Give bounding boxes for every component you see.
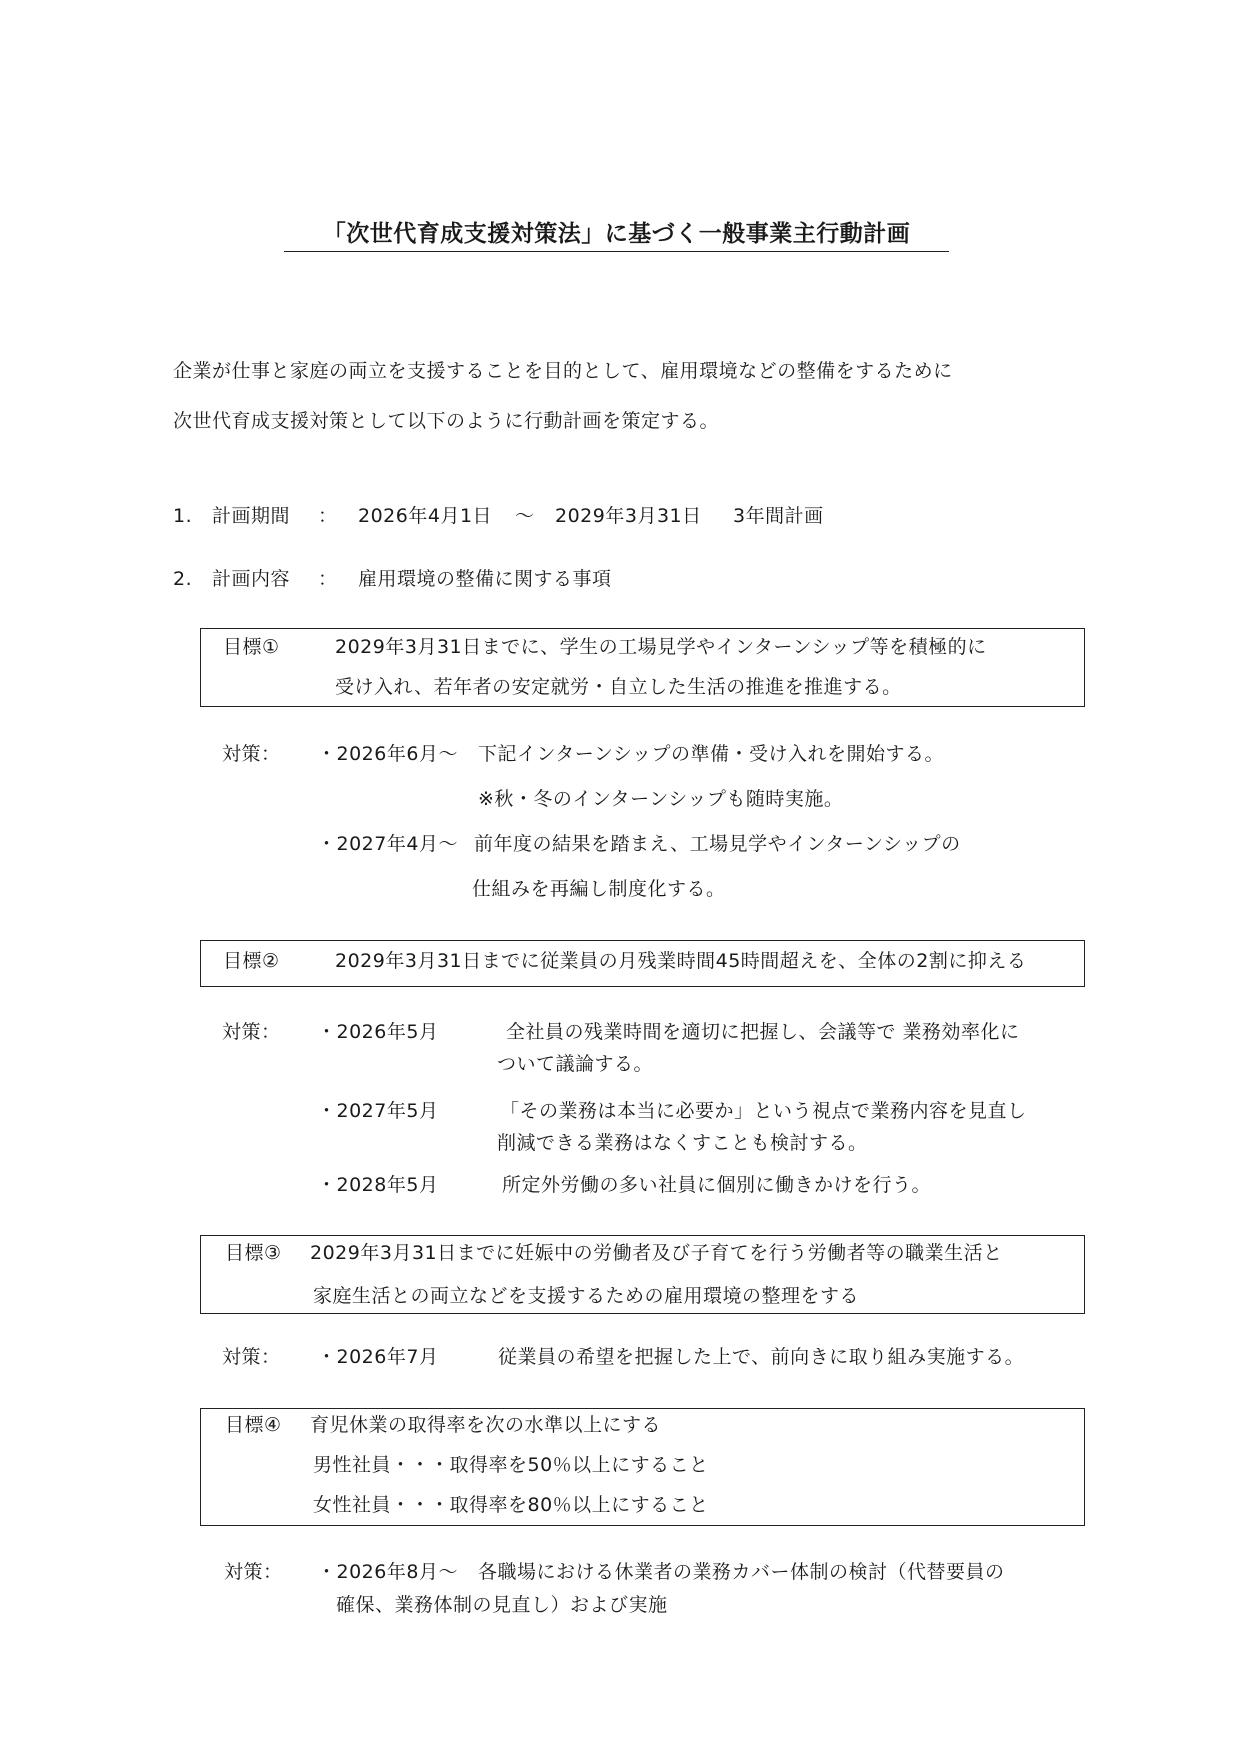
measure-text: 所定外労働の多い社員に個別に働きかけを行う。 [502, 1176, 931, 1195]
goal-2-text-line-1: 2029年3月31日までに従業員の月残業時間45時間超えを、全体の2割に抑える [335, 952, 1026, 971]
item-value: 雇用環境の整備に関する事項 [358, 570, 612, 589]
measure-text: 下記インターンシップの準備・受け入れを開始する。 [478, 745, 944, 764]
goal-1-label: 目標① [223, 638, 280, 657]
intro-line-2: 次世代育成支援対策として以下のように行動計画を策定する。 [173, 412, 719, 431]
goal-1-text-line-1: 2029年3月31日までに、学生の工場見学やインターンシップ等を積極的に [335, 638, 987, 657]
measure-date: ・2026年8月～ [317, 1563, 458, 1582]
goal-4-text-line-1: 育児休業の取得率を次の水準以上にする [310, 1416, 661, 1435]
item-number: 1. [173, 507, 192, 526]
item-number: 2. [173, 570, 192, 589]
measure-date: ・2026年5月 [317, 1023, 438, 1042]
item-colon: ： [318, 570, 338, 589]
goal-3-label: 目標③ [225, 1244, 282, 1263]
intro-line-1: 企業が仕事と家庭の両立を支援することを目的として、雇用環境などの整備をするために [173, 362, 953, 381]
item-label: 計画期間 [212, 507, 290, 526]
document-title: 「次世代育成支援対策法」に基づく一般事業主行動計画 [284, 222, 949, 252]
goal-4-text-line-2: 男性社員・・・取得率を50％以上にすること [313, 1456, 709, 1475]
measure-text: ※秋・冬のインターンシップも随時実施。 [478, 790, 843, 809]
period-end: 2029年3月31日 [555, 507, 702, 526]
measure-text: 前年度の結果を踏まえ、工場見学やインターンシップの [474, 835, 961, 854]
goal-1-measures-label: 対策： [222, 745, 281, 764]
period-start: 2026年4月1日 [358, 507, 492, 526]
measure-date: ・2027年5月 [317, 1102, 438, 1121]
goal-4-measures-label: 対策： [224, 1563, 283, 1582]
measure-text: 確保、業務体制の見直し）および実施 [336, 1596, 668, 1615]
goal-4-text-line-3: 女性社員・・・取得率を80％以上にすること [313, 1496, 709, 1515]
measure-date: ・2027年4月～ [317, 835, 458, 854]
goal-1-text-line-2: 受け入れ、若年者の安定就労・自立した生活の推進を推進する。 [335, 678, 902, 697]
item-colon: ： [318, 507, 338, 526]
measure-text: 各職場における休業者の業務カバー体制の検討（代替要員の [478, 1563, 1005, 1582]
measure-text: 削減できる業務はなくすことも検討する。 [497, 1134, 868, 1153]
measure-text: 従業員の希望を把握した上で、前向きに取り組み実施する。 [498, 1348, 1024, 1367]
goal-2-measures-label: 対策： [222, 1023, 281, 1042]
period-note: 3年間計画 [733, 507, 824, 526]
goal-3-measures-label: 対策： [222, 1348, 281, 1367]
measure-date: ・2026年7月 [317, 1348, 438, 1367]
measure-text: 仕組みを再編し制度化する。 [472, 880, 726, 899]
measure-date: ・2026年6月～ [317, 745, 458, 764]
goal-3-text-line-2: 家庭生活との両立などを支援するための雇用環境の整理をする [313, 1287, 859, 1306]
goal-3-text-line-1: 2029年3月31日までに妊娠中の労働者及び子育てを行う労働者等の職業生活と [310, 1244, 1003, 1263]
goal-2-label: 目標② [223, 952, 280, 971]
item-label: 計画内容 [212, 570, 290, 589]
goal-4-label: 目標④ [225, 1416, 282, 1435]
period-tilde: ～ [515, 507, 535, 526]
measure-text: 「その業務は本当に必要か」という視点で業務内容を見直し [500, 1102, 1027, 1121]
measure-text: 全社員の残業時間を適切に把握し、会議等で 業務効率化に [506, 1023, 1020, 1042]
measure-text: ついて議論する。 [497, 1055, 653, 1074]
measure-date: ・2028年5月 [317, 1176, 438, 1195]
